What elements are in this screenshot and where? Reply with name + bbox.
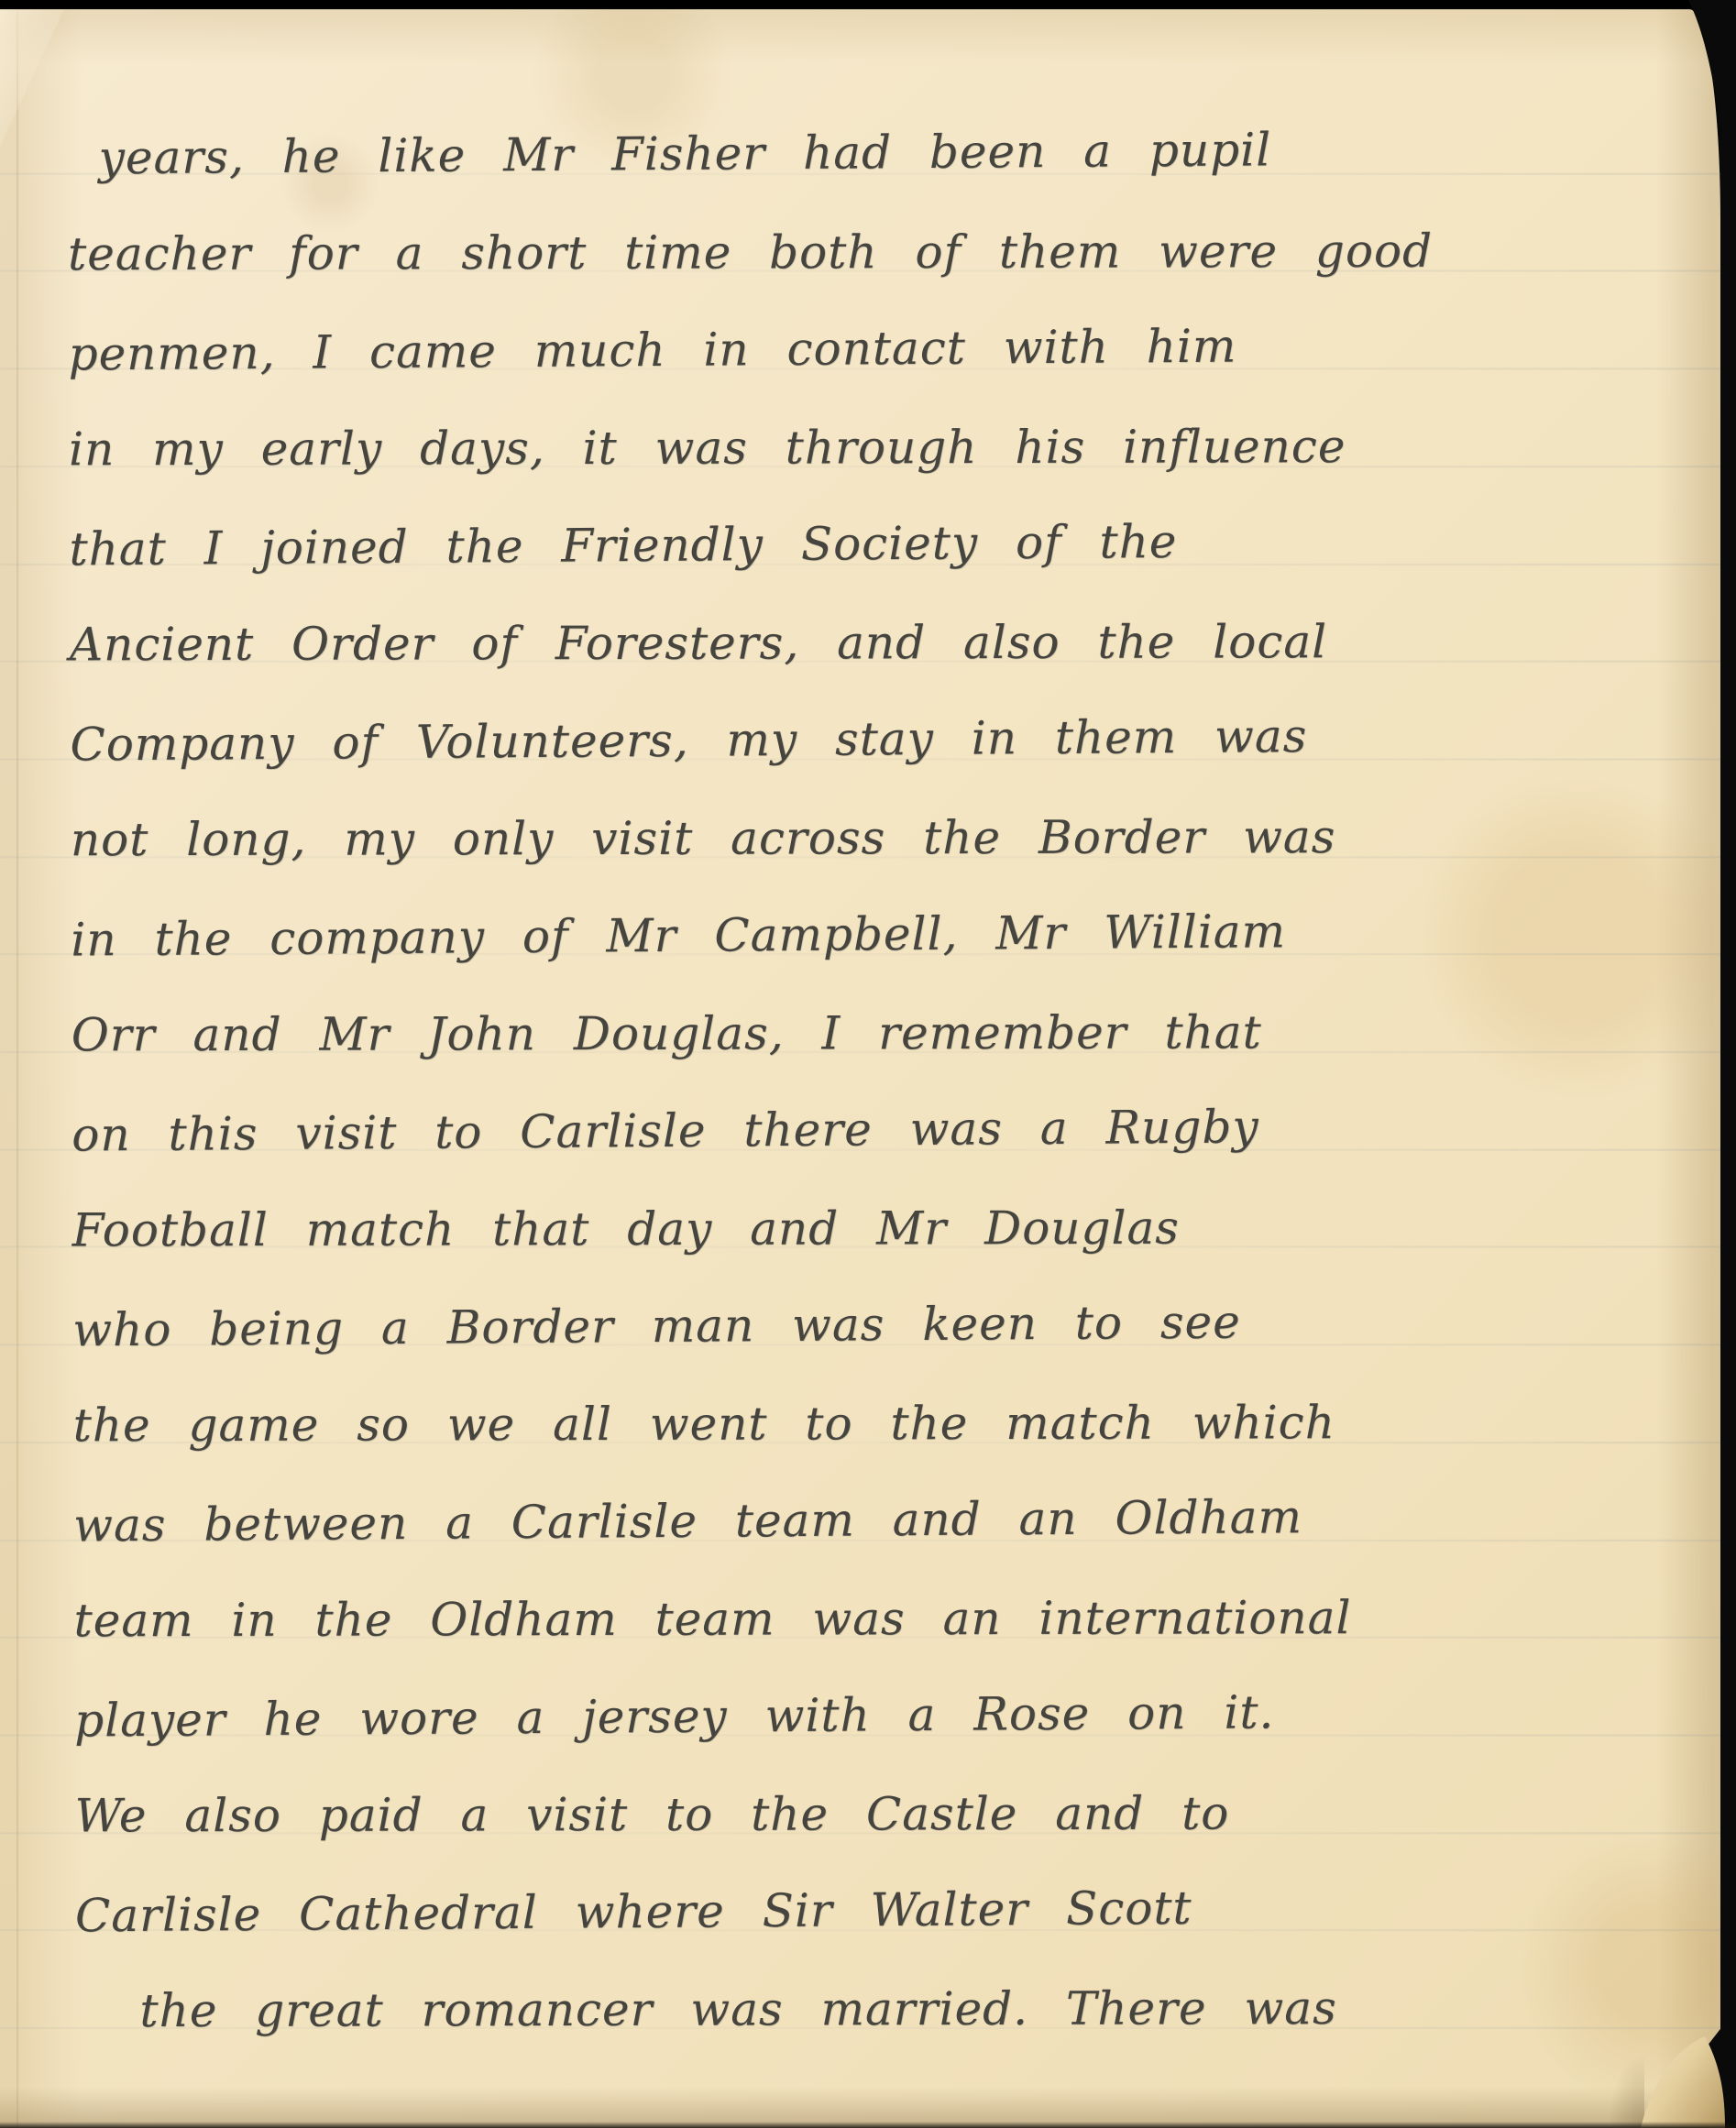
handwriting-line: who being a Border man was keen to see (72, 1296, 1241, 1357)
handwriting-line: team in the Oldham team was an internati… (74, 1591, 1352, 1647)
scanned-notebook-page: years, he like Mr Fisher had been a pupi… (0, 0, 1736, 2128)
handwriting-line: We also paid a visit to the Castle and t… (74, 1787, 1229, 1843)
page-curl-shadow (1608, 2055, 1644, 2128)
handwriting-line: teacher for a short time both of them we… (68, 225, 1433, 280)
handwriting-block: years, he like Mr Fisher had been a pupi… (0, 5, 1725, 2128)
handwriting-line: penmen, I came much in contact with him (68, 320, 1236, 381)
handwriting-line: player he wore a jersey with a Rose on i… (74, 1685, 1275, 1747)
scan-edge-top (0, 0, 1736, 10)
handwriting-line: Ancient Order of Foresters, and also the… (70, 615, 1327, 671)
scan-edge-right (1720, 0, 1736, 2128)
scan-edge-bottom (0, 2122, 1736, 2128)
handwriting-line: the game so we all went to the match whi… (73, 1396, 1335, 1452)
handwriting-line: in the company of Mr Campbell, Mr Willia… (71, 905, 1286, 966)
handwriting-line: Orr and Mr John Douglas, I remember that (71, 1005, 1262, 1061)
handwriting-line: not long, my only visit across the Borde… (71, 810, 1336, 866)
handwriting-line: Carlisle Cathedral where Sir Walter Scot… (75, 1881, 1192, 1943)
handwriting-line: Company of Volunteers, my stay in them w… (70, 709, 1307, 771)
handwriting-line: the great romancer was married. There wa… (139, 1981, 1336, 2037)
handwriting-line: that I joined the Friendly Society of th… (69, 515, 1177, 576)
handwriting-line: was between a Carlisle team and an Oldha… (73, 1490, 1302, 1552)
handwriting-line: years, he like Mr Fisher had been a pupi… (98, 123, 1271, 184)
handwriting-line: in my early days, it was through his inf… (69, 420, 1346, 476)
handwriting-line: on this visit to Carlisle there was a Ru… (71, 1100, 1259, 1161)
paper-sheet: years, he like Mr Fisher had been a pupi… (0, 9, 1720, 2128)
handwriting-line: Football match that day and Mr Douglas (72, 1201, 1180, 1257)
